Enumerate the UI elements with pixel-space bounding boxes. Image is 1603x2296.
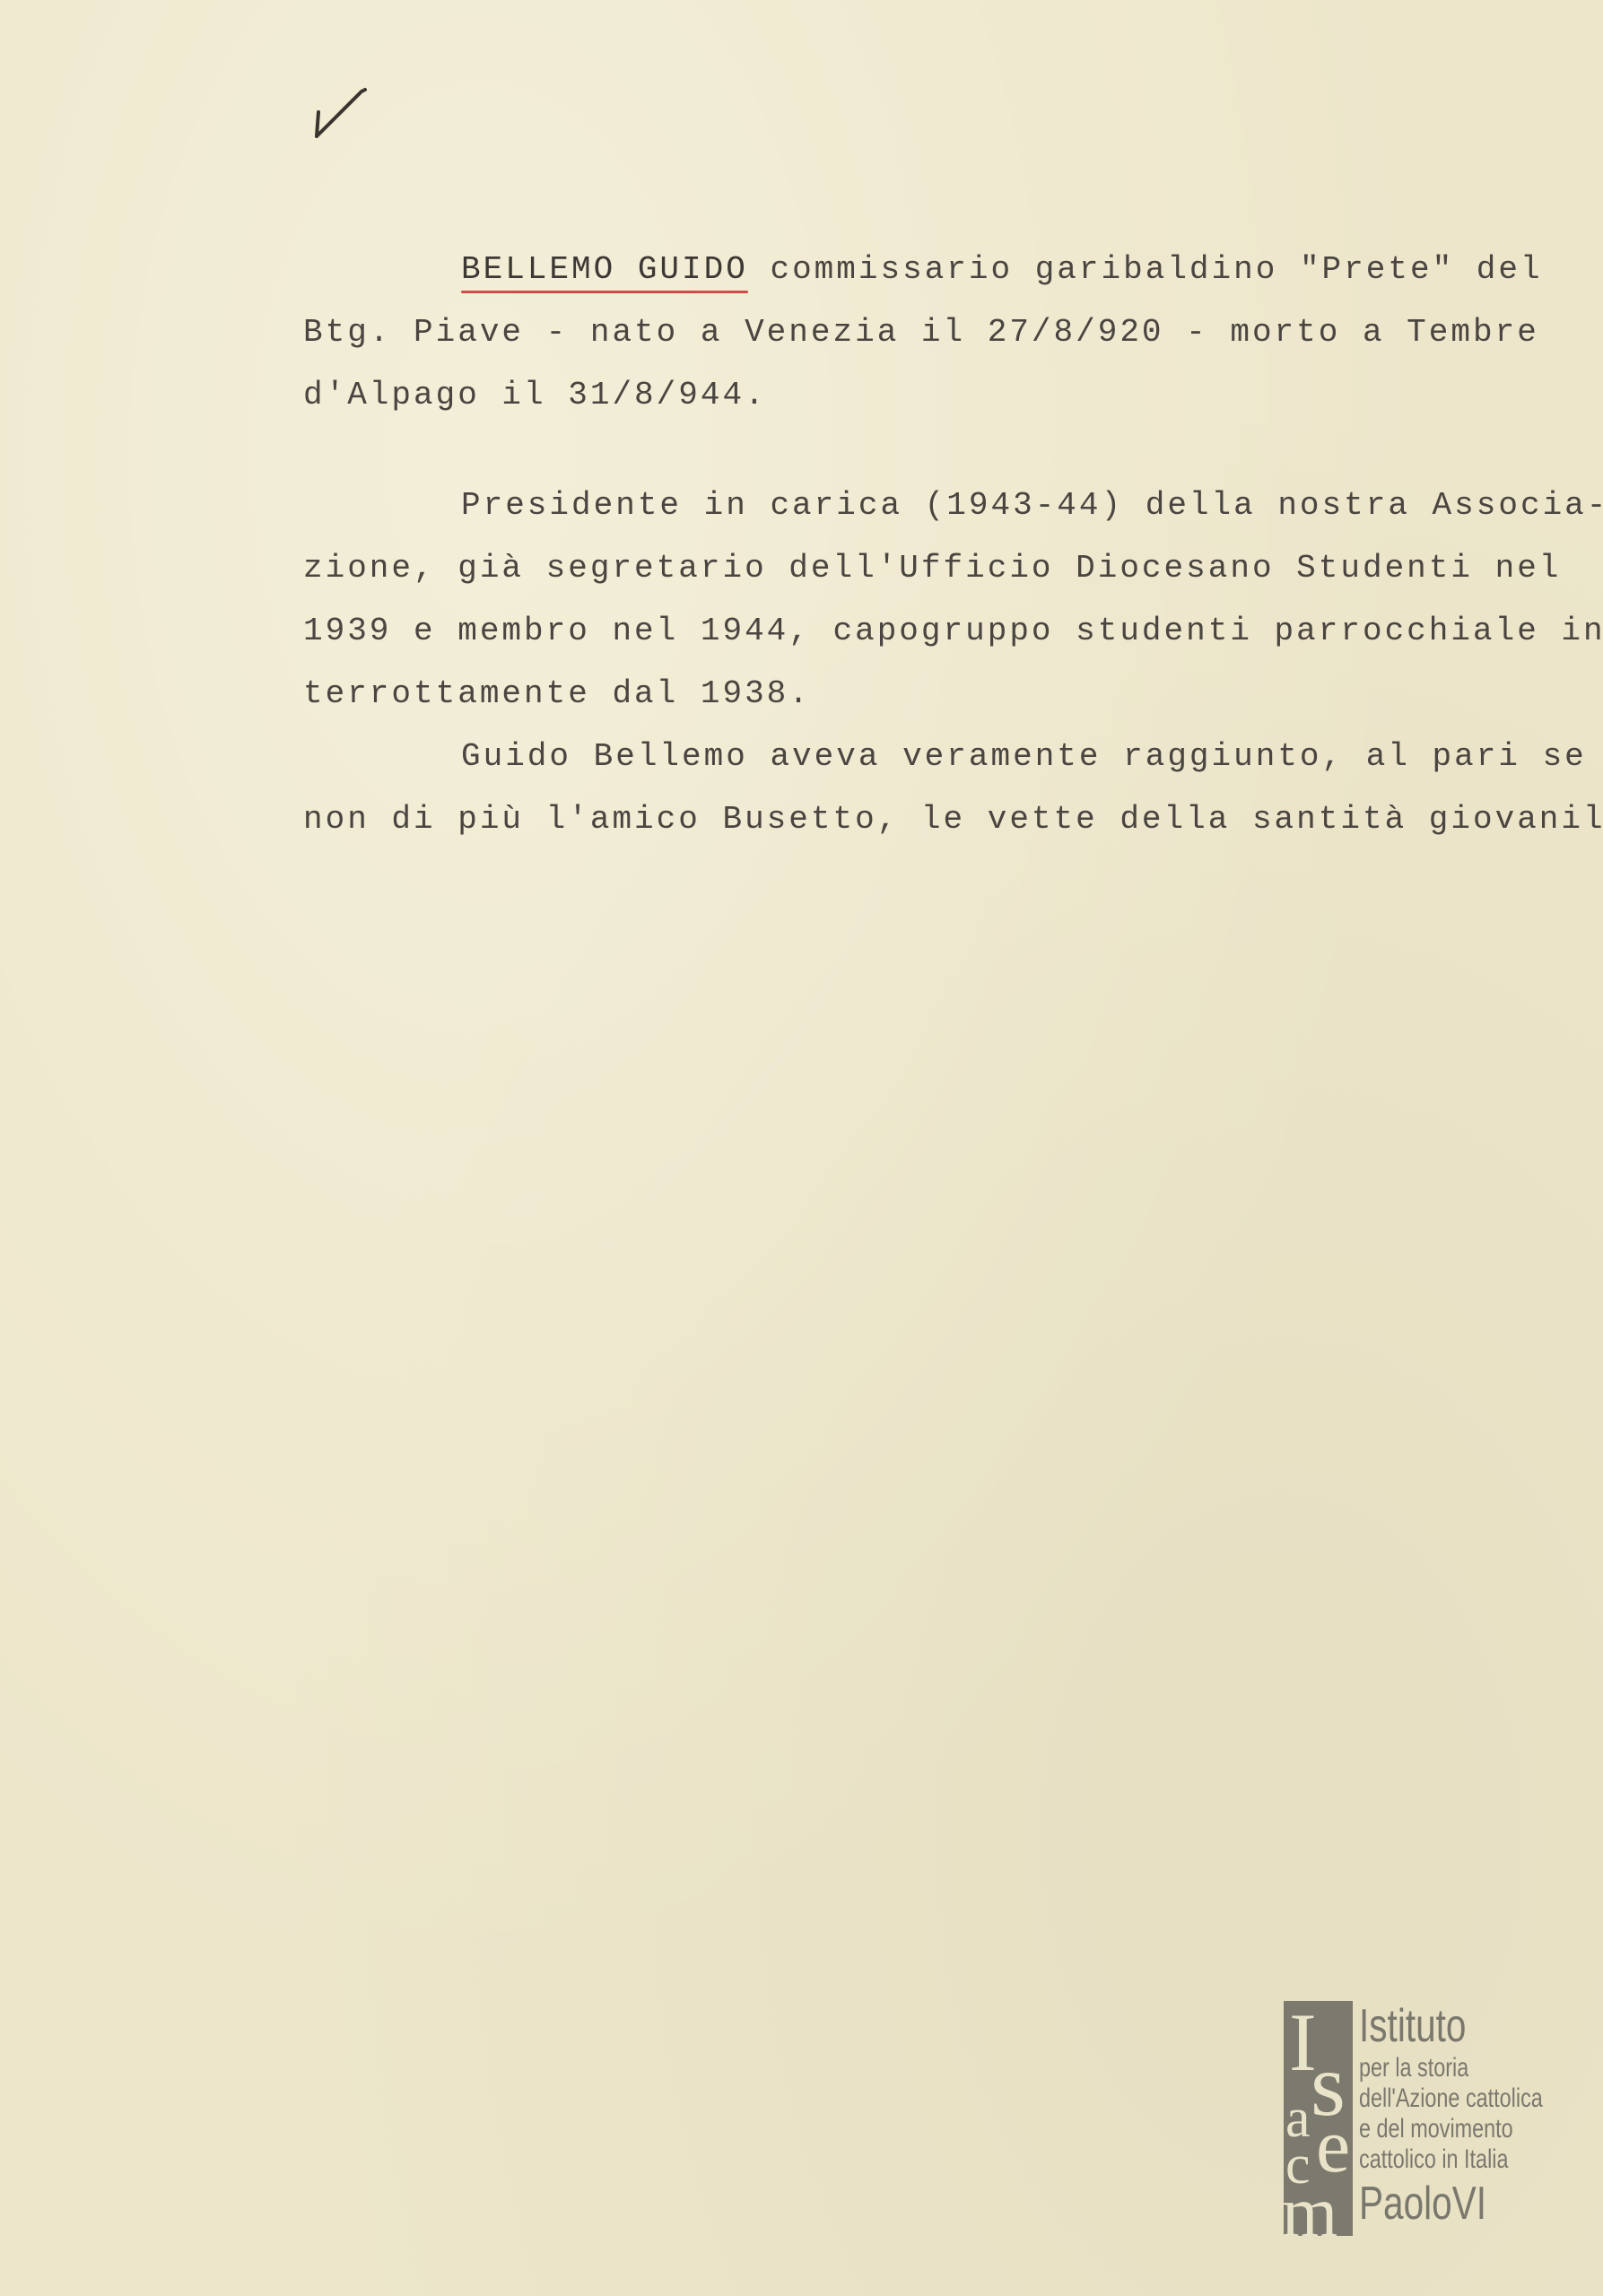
paragraph-2-line-2: zione, già segretario dell'Ufficio Dioce… — [303, 550, 1561, 587]
paragraph-1-line-1: BELLEMO GUIDO commissario garibaldino "P… — [303, 251, 1543, 288]
paragraph-2-line-4: terrottamente dal 1938. — [303, 675, 811, 712]
logo-line: dell'Azione cattolica — [1359, 2085, 1543, 2112]
paragraph-1-line-3: d'Alpago il 31/8/944. — [303, 377, 767, 413]
paragraph-1-line-2: Btg. Piave - nato a Venezia il 27/8/920 … — [303, 314, 1539, 351]
logo-line-istituto: Istituto — [1359, 2003, 1466, 2049]
paragraph-2-line-3: 1939 e membro nel 1944, capogruppo stude… — [303, 613, 1603, 649]
logo-line: cattolico in Italia — [1359, 2146, 1508, 2173]
paragraph-2-line-1: Presidente in carica (1943-44) della nos… — [303, 487, 1603, 524]
paragraph-3-line-1: Guido Bellemo aveva veramente raggiunto,… — [303, 738, 1587, 775]
paragraph-3-line-2: non di più l'amico Busetto, le vette del… — [303, 801, 1603, 838]
check-mark-icon — [309, 81, 372, 143]
monogram-letter: m — [1284, 2177, 1337, 2236]
isacem-logo: I s a e c m Istituto per la storia dell'… — [1284, 2001, 1553, 2243]
logo-line: e del movimento — [1359, 2116, 1513, 2143]
logo-line-paolo-vi: PaoloVI — [1359, 2180, 1486, 2227]
logo-line: per la storia — [1359, 2055, 1468, 2082]
underlined-name: BELLEMO GUIDO — [461, 251, 748, 288]
logo-monogram-block: I s a e c m — [1284, 2001, 1353, 2236]
